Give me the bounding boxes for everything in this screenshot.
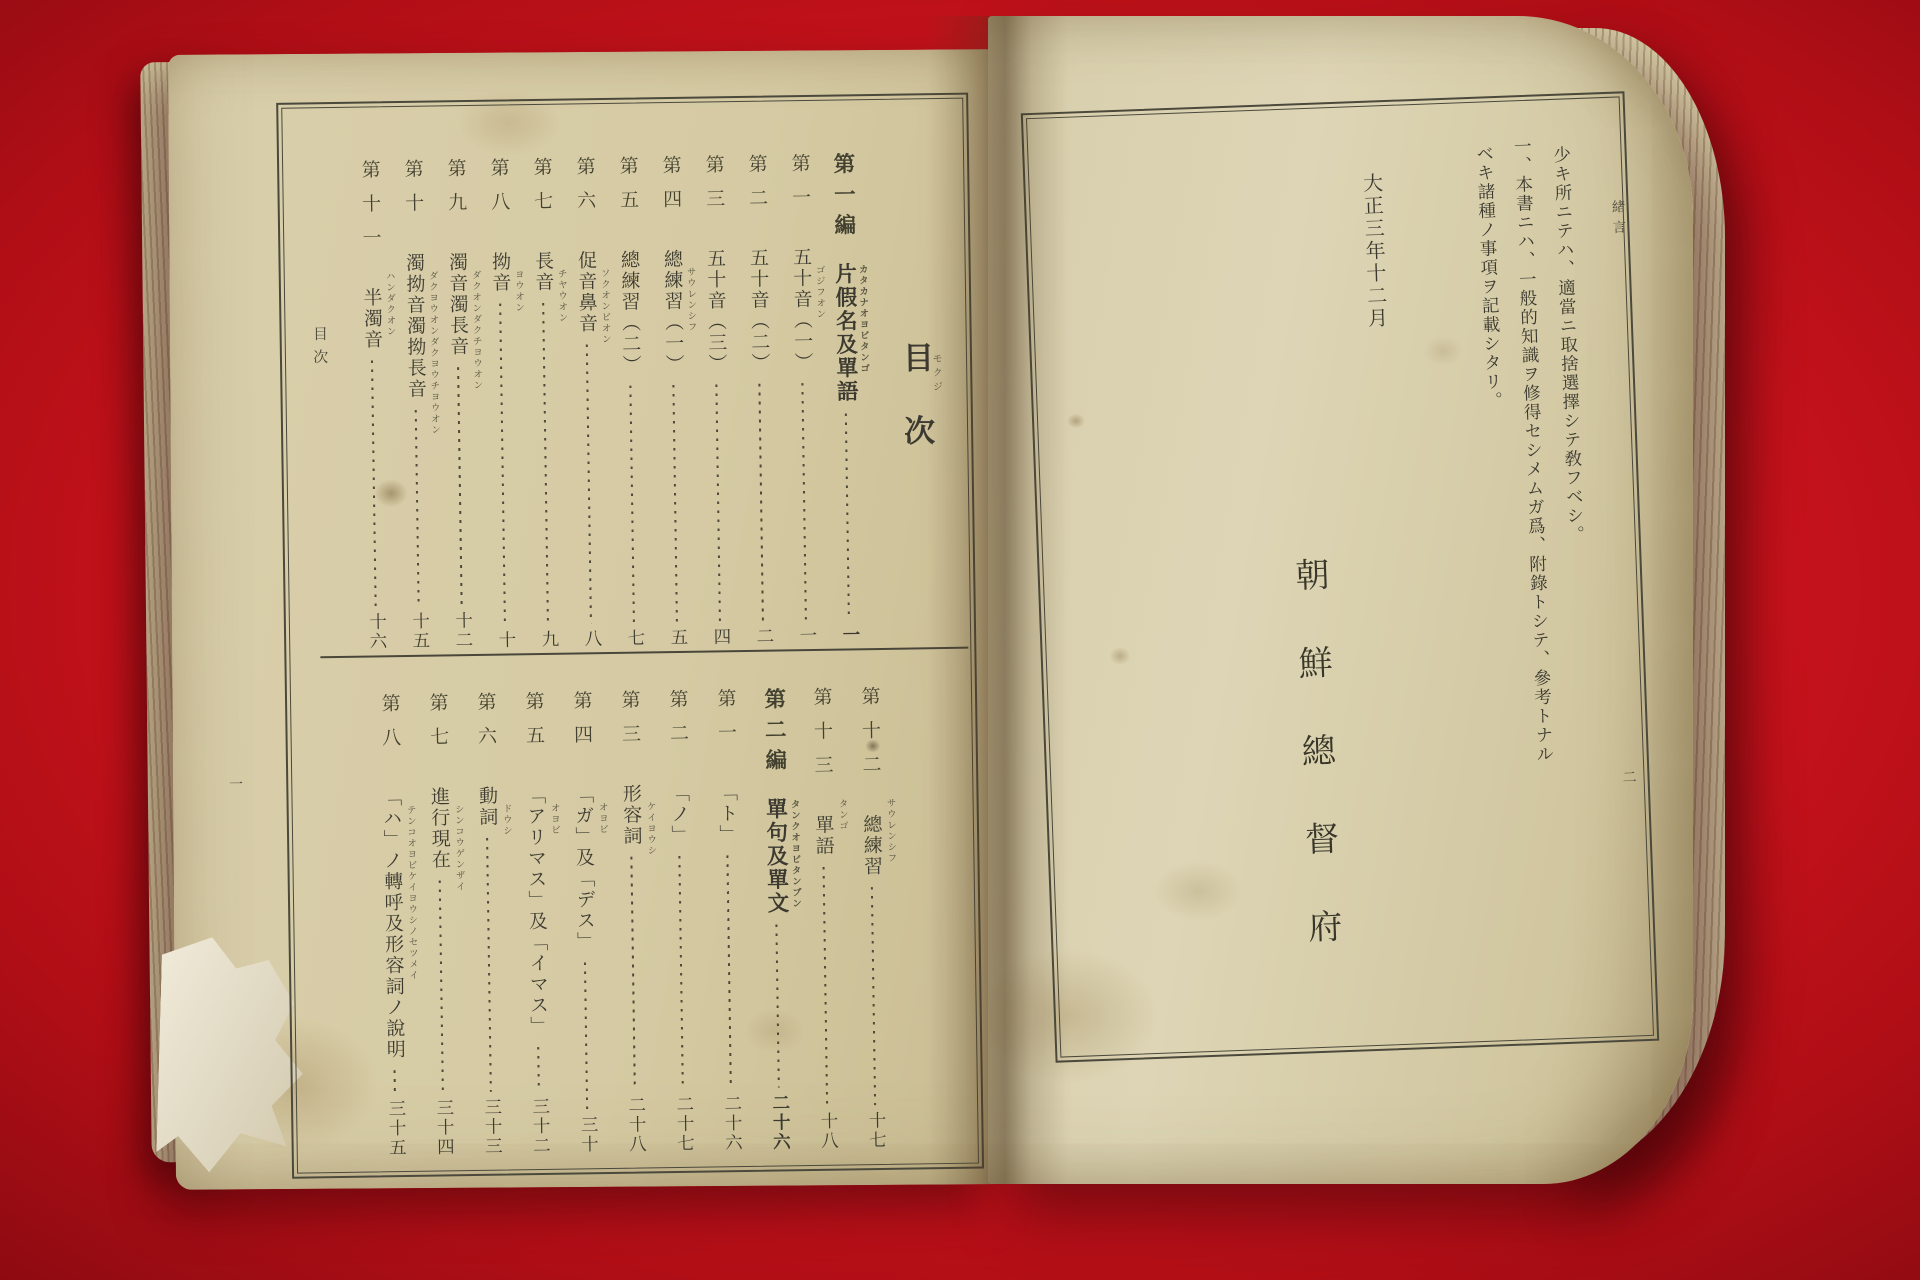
toc-entry-title: 拗音 [490,251,510,293]
preface-date: 大正三年十二月 [1361,172,1387,330]
toc-entry: 第一 五十音（一） 一 ゴジフオン [778,153,827,648]
toc-entry-title: 「アリマス」及「イマス」 [525,785,548,1037]
toc-entry-page-number: 一 [797,625,815,645]
toc-entry-page-number: 二 [754,626,772,646]
toc-entry: 第四 總練習（一） 五 サウレンシフ [649,155,698,650]
right-page-number: 二 [1618,769,1638,784]
toc-entry-furigana: テンコオヨビケイヨウシノセツメイ [405,805,417,981]
toc-entry-page-number: 二十六 [770,1093,788,1152]
toc-lower-block: 第十二 總練習 十七 サウレンシフ 第十三 單語 十八 タンゴ 第二編 單句及單… [367,686,898,1160]
toc-frame: 目次 モクジ 第一編 片假名及單語 一 カタカナオヨビタンゴ 第一 五十音（一） [276,93,984,1179]
toc-dotted-leader [672,385,678,622]
toc-entry-furigana: タンクオヨビタンブン [789,799,800,909]
toc-entry: 第五 總練習（二） 七 [606,155,655,650]
toc-dotted-leader [726,855,732,1088]
toc-entry: 第二 「ノ」 二十七 [655,689,706,1156]
toc-entry: 第六 促音鼻音 八 ソクオンビオン [563,156,612,651]
toc-entry-label: 第二 [667,689,687,757]
toc-entry-page-number: 九 [539,629,557,649]
toc-entry-label: 第十三 [811,687,832,789]
toc-entry-title: 長音 [533,251,553,293]
toc-entry-furigana: サウレンシフ [885,798,895,864]
left-page: 目次 一 目次 モクジ 第一編 片假名及單語 一 カタカナオヨビタンゴ 第一 [168,49,998,1190]
toc-entry-title: 總練習（二） [619,250,640,376]
toc-dotted-leader [715,384,721,621]
toc-entry-title: 半濁音 [361,287,381,350]
toc-dotted-leader [414,410,420,606]
toc-entry: 第七 長音 九 チヤウオン [520,157,569,652]
toc-entry-furigana: ゴジフオン [814,265,824,320]
toc-entry: 第三 形容詞 二十八 ケイヨウシ [607,689,658,1156]
toc-entry-page-number: 三十三 [482,1097,500,1156]
toc-entry-furigana: オヨビ [549,803,559,836]
toc-entry-label: 第三 [619,690,639,758]
toc-entry-furigana: ケイヨウシ [645,801,655,856]
toc-entry-page-number: 四 [711,627,729,647]
toc-dotted-leader [584,962,589,1109]
toc-entry-page-number: 七 [625,628,643,648]
toc-entry-label: 第一 [789,153,809,221]
toc-entry-label: 第二編 [762,687,785,779]
left-page-number: 一 [225,776,245,790]
toc-entry-label: 第八 [489,157,509,225]
toc-entry: 第十三 單語 十八 タンゴ [799,687,850,1154]
red-fabric-background: 目次 一 目次 モクジ 第一編 片假名及單語 一 カタカナオヨビタンゴ 第一 [0,0,1920,1280]
toc-entry-page-number: 三十五 [386,1099,404,1158]
toc-entry-label: 第七 [427,692,447,760]
toc-entry: 第十二 總練習 十七 サウレンシフ [847,686,898,1153]
toc-entry-title: 片假名及單語 [833,262,857,403]
toc-dotted-leader [371,360,377,606]
toc-entry-furigana: チヤウオン [556,269,566,324]
toc-dotted-leader [678,856,684,1089]
toc-entry-page-number: 十七 [866,1111,884,1150]
toc-entry: 第十一 半濁音 十六 ハンダクオン [348,159,397,654]
toc-entry-label: 第六 [475,692,495,760]
toc-entry: 第八 拗音 十 ヨウオン [477,157,526,652]
toc-dotted-leader [438,881,444,1093]
toc-entry-page-number: 二十七 [674,1094,692,1153]
toc-entry-label: 第九 [446,158,466,226]
toc-entry-title: 總練習 [861,814,881,877]
publisher-signature: 朝鮮總督府 [1291,557,1341,998]
toc-entry-title: 五十音（一） [791,247,812,373]
toc-entry-title: 「ガ」及「デス」 [573,784,594,952]
toc-dotted-leader [871,887,877,1105]
toc-entry-furigana: ハンダクオン [384,271,394,337]
toc-entry-furigana: ダクヨウオンダクヨウチヨウオン [427,271,439,436]
toc-entry: 第五 「アリマス」及「イマス」 三十二 オヨビ [511,691,562,1158]
toc-entry: 第三 五十音（三） 四 [692,154,741,649]
toc-entry-page-number: 三十二 [530,1096,548,1155]
toc-entry-title: 動詞 [477,786,497,828]
toc-entry-title: 濁拗音濁拗長音 [404,253,425,400]
toc-entry-title: 總練習（一） [662,249,683,375]
toc-entry-title: 單句及單文 [764,797,787,915]
toc-entry-furigana: シンコウゲンザイ [453,804,464,892]
toc-entry: 第九 濁音濁長音 十二 ダクオンダクチヨウオン [434,158,483,653]
preface-line-2: 一、本書ニハ、一般的知識ヲ修得セシメムガ爲、附錄トシテ、參考トナル [1512,137,1552,764]
preface-line-1: 少キ所ニテハ、適當ニ取捨選擇シテ敎フベシ。 [1551,145,1583,544]
toc-entry-title: 促音鼻音 [576,250,596,334]
toc-entry-page-number: 十六 [367,612,385,651]
toc-entry-label: 第一 [715,688,735,756]
toc-entry: 第一編 片假名及單語 一 カタカナオヨビタンゴ [821,152,870,647]
toc-page-title: 目次 モクジ [899,341,932,487]
toc-entry: 第六 動詞 三十三 ドウシ [463,692,514,1159]
toc-entry-title: 進行現在 [429,786,449,870]
toc-dotted-leader [822,867,828,1106]
toc-entry-title: 五十音（二） [748,248,769,374]
toc-entry-page-number: 五 [668,627,686,647]
toc-dotted-leader [630,857,636,1090]
toc-entry-label: 第五 [523,691,543,759]
toc-dotted-leader [537,1047,540,1091]
toc-entry-furigana: サウレンシフ [685,267,695,333]
toc-entry-label: 第十 [403,159,423,227]
toc-dotted-leader [542,303,549,624]
toc-entry-label: 第四 [571,690,591,758]
toc-entry-title: 「ト」 [717,782,737,845]
toc-entry-label: 第七 [532,157,552,225]
toc-entry-page-number: 二十六 [722,1094,740,1153]
toc-entry: 第七 進行現在 三十四 シンコウゲンザイ [415,692,466,1159]
toc-entry-page-number: 一 [840,625,858,645]
toc-dotted-leader [758,384,764,621]
toc-entry-page-number: 三十 [578,1115,596,1154]
toc-entry-label: 第一編 [831,152,854,244]
preface-line-3: ベキ諸種ノ事項ヲ記載シタリ。 [1474,144,1501,410]
toc-dotted-leader [457,367,463,605]
toc-entry-label: 第五 [617,156,637,224]
toc-entry-furigana: オヨビ [597,802,607,835]
toc-entry-page-number: 十五 [410,612,428,651]
toc-entry-label: 第八 [379,693,399,761]
toc-entry-page-number: 十二 [453,611,471,650]
toc-entry-label: 第四 [660,155,680,223]
toc-entry-furigana: ソクオンビオン [599,268,610,345]
toc-entry: 第二編 單句及單文 二十六 タンクオヨビタンブン [751,687,802,1154]
toc-entry-label: 第六 [574,156,594,224]
toc-entry-page-number: 二十八 [626,1095,644,1154]
toc-title-furigana: モクジ [928,353,944,395]
toc-dotted-leader [775,925,780,1088]
toc-dotted-leader [845,413,851,619]
toc-entry-furigana: ドウシ [501,803,511,836]
toc-entry-label: 第十二 [859,686,880,788]
right-page: 緒言 二 少キ所ニテハ、適當ニ取捨選擇シテ敎フベシ。 一、本書ニハ、一般的知識ヲ… [988,16,1693,1184]
toc-dotted-leader [499,304,506,625]
toc-entry-title: 「ノ」 [669,783,689,846]
toc-entry-furigana: タンゴ [837,798,847,831]
toc-entry-label: 第十一 [360,159,381,261]
toc-entry-label: 第三 [703,154,723,222]
toc-upper-block: 第一編 片假名及單語 一 カタカナオヨビタンゴ 第一 五十音（一） 一 ゴジフオ… [348,152,870,654]
toc-entry-title: 「ハ」ノ轉呼及形容詞ノ說明 [381,787,404,1060]
preface-frame: 緒言 二 少キ所ニテハ、適當ニ取捨選擇シテ敎フベシ。 一、本書ニハ、一般的知識ヲ… [1021,91,1659,1062]
toc-entry-title: 五十音（三） [705,248,726,374]
toc-entry-page-number: 八 [582,629,600,649]
toc-entry: 第十 濁拗音濁拗長音 十五 ダクヨウオンダクヨウチヨウオン [391,159,440,654]
toc-dotted-leader [801,383,807,620]
toc-entry-title: 濁音濁長音 [447,252,468,357]
toc-entry-page-number: 三十四 [434,1098,452,1157]
toc-entry-title: 形容詞 [621,784,641,847]
toc-entry: 第八 「ハ」ノ轉呼及形容詞ノ說明 三十五 テンコオヨビケイヨウシノセツメイ [367,693,418,1160]
toc-entry-title: 單語 [813,815,833,857]
toc-dotted-leader [393,1070,396,1093]
toc-entry-page-number: 十 [496,630,514,650]
toc-dotted-leader [585,344,592,623]
toc-dotted-leader [629,386,635,623]
toc-entry: 第一 「ト」 二十六 [703,688,754,1155]
toc-entry-furigana: ヨウオン [513,269,523,313]
toc-dotted-leader [486,838,492,1092]
toc-entry-furigana: カタカナオヨビタンゴ [857,264,868,374]
toc-entry-label: 第二 [746,154,766,222]
toc-entry: 第四 「ガ」及「デス」 三十 オヨビ [559,690,610,1157]
toc-entry-page-number: 十八 [818,1112,836,1151]
toc-entry-furigana: ダクオンダクチヨウオン [470,270,481,391]
toc-entry: 第二 五十音（二） 二 [735,153,784,648]
right-running-head: 緒言 [1609,199,1624,240]
